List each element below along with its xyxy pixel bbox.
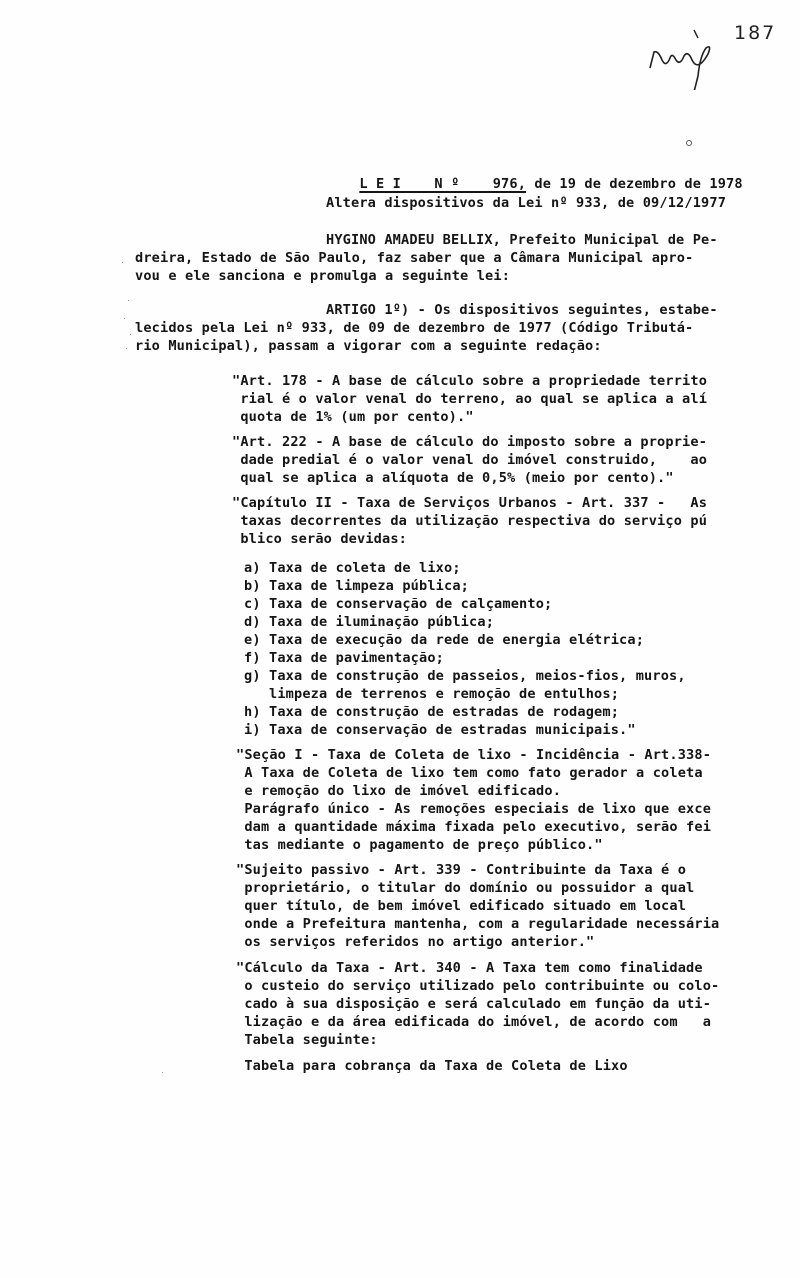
chapter-2-line: taxas decorrentes da utilização respecti… bbox=[232, 513, 707, 531]
tax-item: d) Taxa de iluminação pública; bbox=[244, 614, 494, 632]
art-222-line: "Art. 222 - A base de cálculo do imposto… bbox=[232, 434, 707, 452]
section-1-line: A Taxa de Coleta de lixo tem como fato g… bbox=[236, 765, 703, 783]
law-date: de 19 de dezembro de 1978 bbox=[526, 176, 743, 192]
preamble-line: HYGINO AMADEU BELLIX, Prefeito Municipal… bbox=[326, 232, 718, 250]
tax-item: f) Taxa de pavimentação; bbox=[244, 650, 444, 668]
tax-item: h) Taxa de construção de estradas de rod… bbox=[244, 704, 619, 722]
section-1-line: Parágrafo único - As remoções especiais … bbox=[236, 801, 711, 819]
law-number: L E I N º 976, bbox=[359, 176, 526, 192]
article-1-line: ARTIGO 1º) - Os dispositivos seguintes, … bbox=[326, 302, 718, 320]
tax-item: g) Taxa de construção de passeios, meios… bbox=[244, 668, 686, 686]
section-1-line: dam a quantidade máxima fixada pelo exec… bbox=[236, 819, 711, 837]
chapter-2-line: blico serão devidas: bbox=[232, 531, 407, 549]
section-1-line: tas mediante o pagamento de preço públic… bbox=[236, 837, 603, 855]
punch-mark bbox=[686, 140, 692, 146]
art-339-line: os serviços referidos no artigo anterior… bbox=[236, 934, 594, 952]
art-340-line: "Cálculo da Taxa - Art. 340 - A Taxa tem… bbox=[236, 960, 703, 978]
page-number: 187 bbox=[734, 22, 776, 44]
art-339-line: onde a Prefeitura mantenha, com a regula… bbox=[236, 916, 719, 934]
art-222-line: qual se aplica a alíquota de 0,5% (meio … bbox=[232, 470, 674, 488]
art-178-line: quota de 1% (um por cento)." bbox=[232, 409, 474, 427]
art-178-line: "Art. 178 - A base de cálculo sobre a pr… bbox=[232, 373, 707, 391]
article-1-line: lecidos pela Lei nº 933, de 09 de dezemb… bbox=[135, 320, 693, 338]
scan-speck bbox=[126, 348, 127, 349]
preamble-line: vou e ele sanciona e promulga a seguinte… bbox=[135, 268, 510, 286]
art-340-line: Tabela seguinte: bbox=[236, 1032, 378, 1050]
tax-item: e) Taxa de execução da rede de energia e… bbox=[244, 632, 644, 650]
art-339-line: proprietário, o titular do domínio ou po… bbox=[236, 880, 694, 898]
art-340-line: o custeio do serviço utilizado pelo cont… bbox=[236, 978, 719, 996]
tax-item: i) Taxa de conservação de estradas munic… bbox=[244, 722, 636, 740]
scan-speck bbox=[128, 300, 129, 301]
scan-speck bbox=[122, 262, 123, 263]
chapter-2-line: "Capítulo II - Taxa de Serviços Urbanos … bbox=[232, 495, 707, 513]
law-subtitle: Altera dispositivos da Lei nº 933, de 09… bbox=[326, 195, 726, 213]
scan-speck bbox=[130, 334, 131, 335]
article-1-line: rio Municipal), passam a vigorar com a s… bbox=[135, 338, 602, 356]
tax-item: limpeza de terrenos e remoção de entulho… bbox=[244, 686, 619, 704]
art-339-line: quer título, de bem imóvel edificado sit… bbox=[236, 898, 686, 916]
tax-item: b) Taxa de limpeza pública; bbox=[244, 578, 469, 596]
art-222-line: dade predial é o valor venal do imóvel c… bbox=[232, 452, 707, 470]
tax-item: c) Taxa de conservação de calçamento; bbox=[244, 596, 552, 614]
preamble-line: dreira, Estado de São Paulo, faz saber q… bbox=[135, 250, 693, 268]
scan-speck bbox=[162, 1072, 163, 1073]
section-1-line: e remoção do lixo de imóvel edificado. bbox=[236, 783, 561, 801]
tax-item: a) Taxa de coleta de lixo; bbox=[244, 560, 461, 578]
art-340-line: cado à sua disposição e será calculado e… bbox=[236, 996, 711, 1014]
art-340-line: lização e da área edificada do imóvel, d… bbox=[236, 1014, 711, 1032]
section-1-line: "Seção I - Taxa de Coleta de lixo - Inci… bbox=[236, 747, 711, 765]
table-title: Tabela para cobrança da Taxa de Coleta d… bbox=[236, 1058, 628, 1076]
scan-speck bbox=[124, 318, 125, 319]
art-339-line: "Sujeito passivo - Art. 339 - Contribuin… bbox=[236, 862, 686, 880]
art-178-line: rial é o valor venal do terreno, ao qual… bbox=[232, 391, 707, 409]
